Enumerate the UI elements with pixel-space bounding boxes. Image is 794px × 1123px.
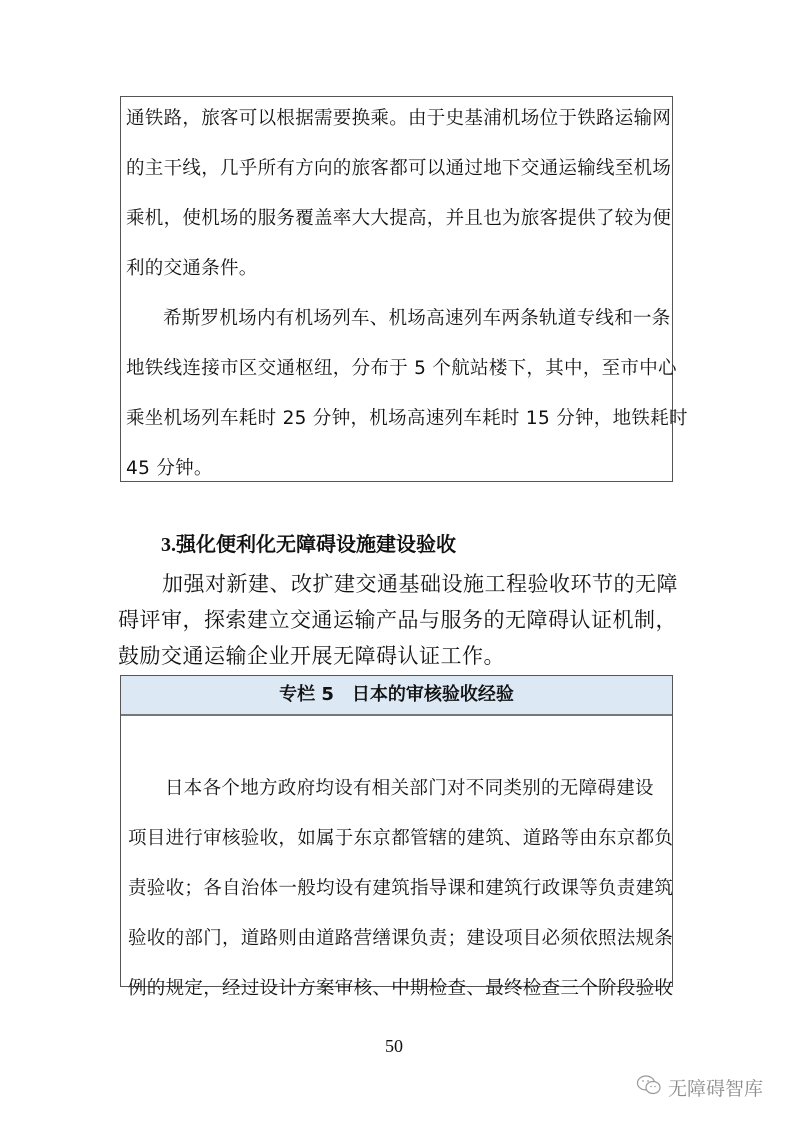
box-line: 45 分钟。	[126, 444, 672, 494]
paragraph-line: 加强对新建、改扩建交通基础设施工程验收环节的无障	[118, 566, 678, 602]
box-line: 项目进行审核验收，如属于东京都管辖的建筑、道路等由东京都负	[128, 814, 672, 864]
watermark-text: 无障碍智库	[668, 1074, 763, 1101]
box-line: 日本各个地方政府均设有相关部门对不同类别的无障碍建设	[128, 764, 672, 814]
wechat-icon	[636, 1074, 668, 1101]
paragraph-line: 鼓励交通运输企业开展无障碍认证工作。	[118, 638, 678, 674]
box-header: 专栏 5 日本的审核验收经验	[121, 676, 672, 716]
paragraph-line: 碍评审，探索建立交通运输产品与服务的无障碍认证机制，	[118, 602, 678, 638]
box-line: 通铁路，旅客可以根据需要换乘。由于史基浦机场位于铁路运输网	[126, 94, 672, 144]
page-number: 50	[385, 1036, 403, 1057]
box-line: 乘机，使机场的服务覆盖率大大提高，并且也为旅客提供了较为便	[126, 194, 672, 244]
section-number: 3.	[161, 534, 176, 556]
box-line: 乘坐机场列车耗时 25 分钟，机场高速列车耗时 15 分钟，地铁耗时	[126, 394, 672, 444]
box-line: 的主干线，几乎所有方向的旅客都可以通过地下交通运输线至机场	[126, 144, 672, 194]
body-paragraph: 加强对新建、改扩建交通基础设施工程验收环节的无障 碍评审，探索建立交通运输产品与…	[118, 566, 678, 674]
box-line: 利的交通条件。	[126, 244, 672, 294]
box-line: 责验收；各自治体一般均设有建筑指导课和建筑行政课等负责建筑	[128, 864, 672, 914]
box-line: 例的规定，经过设计方案审核、中期检查、最终检查三个阶段验收	[128, 964, 672, 1014]
box-line: 地铁线连接市区交通枢纽，分布于 5 个航站楼下，其中，至市中心	[126, 344, 672, 394]
case-box-airports: 通铁路，旅客可以根据需要换乘。由于史基浦机场位于铁路运输网 的主干线，几乎所有方…	[120, 96, 673, 482]
section-title-text: 强化便利化无障碍设施建设验收	[176, 532, 456, 556]
box-line: 希斯罗机场内有机场列车、机场高速列车两条轨道专线和一条	[126, 294, 672, 344]
sidebar-box-japan: 专栏 5 日本的审核验收经验 日本各个地方政府均设有相关部门对不同类别的无障碍建…	[120, 675, 673, 987]
box-body: 日本各个地方政府均设有相关部门对不同类别的无障碍建设 项目进行审核验收，如属于东…	[121, 716, 672, 1014]
box-line: 验收的部门，道路则由道路营缮课负责；建设项目必须依照法规条	[128, 914, 672, 964]
watermark: 无障碍智库	[636, 1074, 763, 1101]
section-heading: 3.强化便利化无障碍设施建设验收	[161, 529, 456, 560]
